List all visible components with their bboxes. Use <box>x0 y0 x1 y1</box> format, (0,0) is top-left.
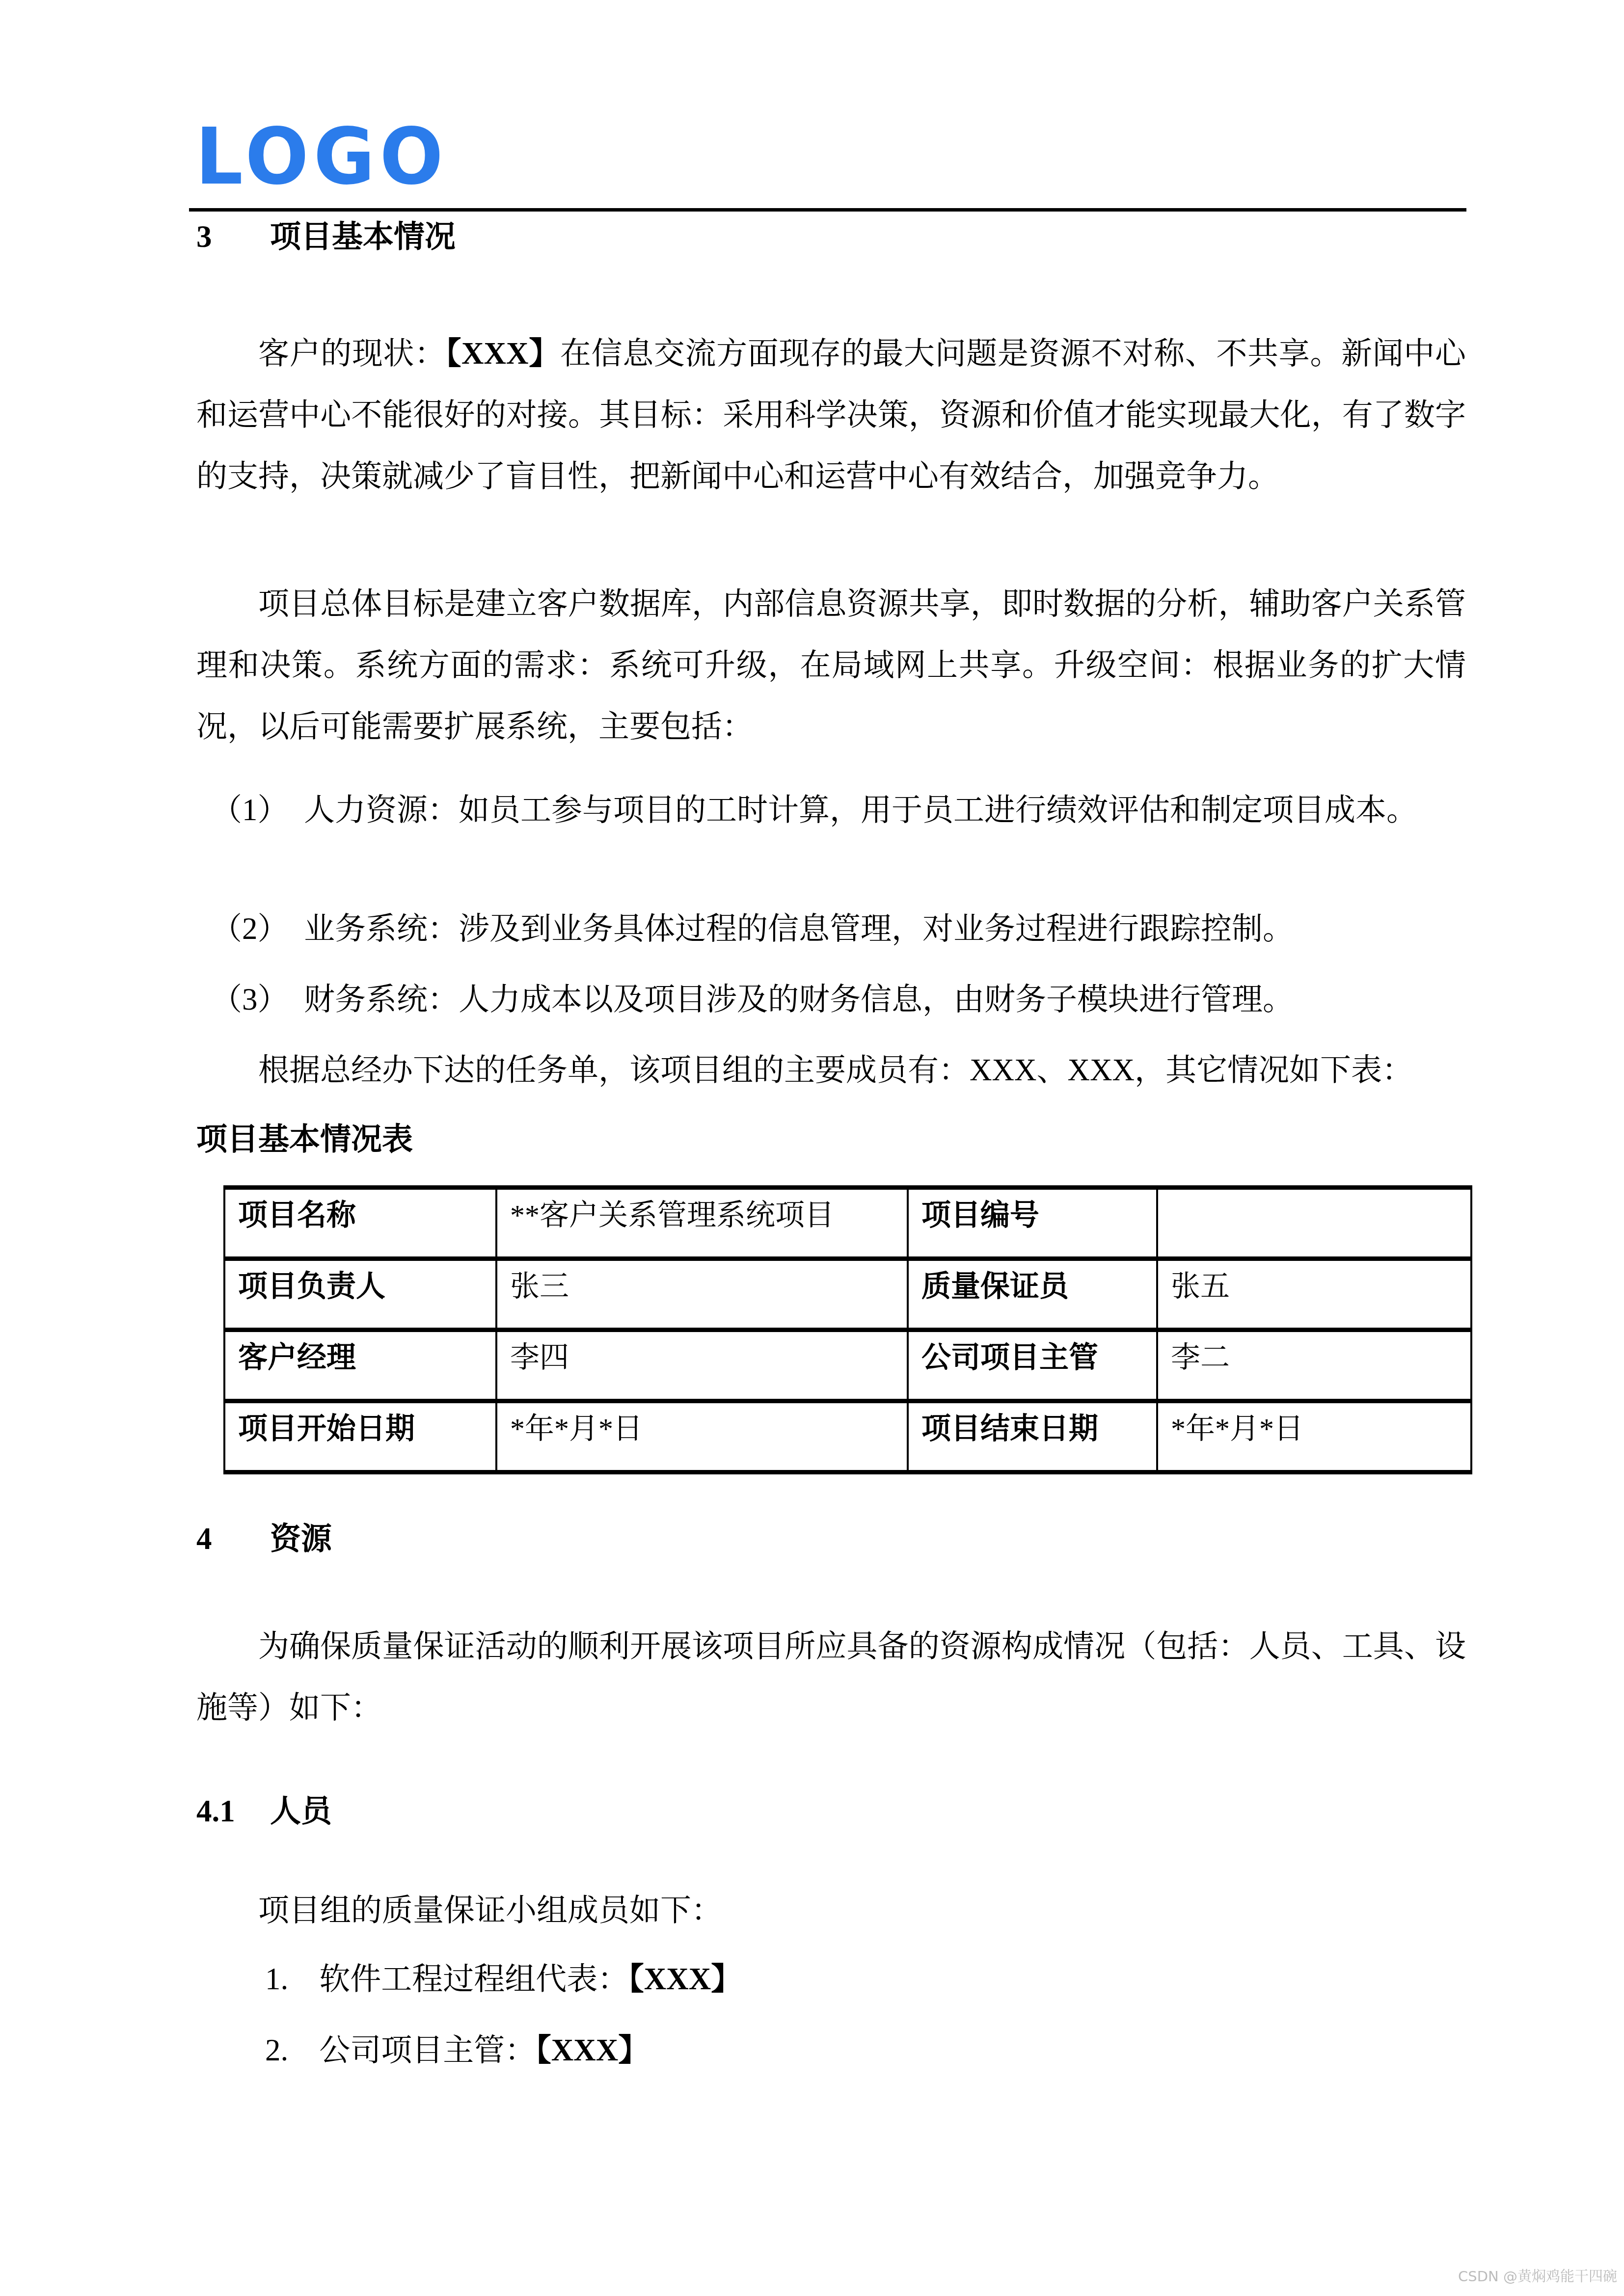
csdn-watermark: CSDN @黄焖鸡能干四碗 <box>1458 2267 1617 2286</box>
table-label: 公司项目主管 <box>908 1330 1157 1401</box>
heading-3-number: 3 <box>196 217 270 256</box>
heading-4-title: 资源 <box>270 1522 332 1556</box>
table-row: 项目名称 **客户关系管理系统项目 项目编号 <box>224 1188 1471 1259</box>
heading-4-1-title: 人员 <box>270 1794 332 1828</box>
table-label: 项目名称 <box>224 1188 496 1259</box>
table-label: 客户经理 <box>224 1330 496 1401</box>
table-cell: **客户关系管理系统项目 <box>496 1188 908 1259</box>
heading-4-number: 4 <box>196 1519 270 1558</box>
table-cell: *年*月*日 <box>496 1401 908 1472</box>
paragraph-resources: 为确保质量保证活动的顺利开展该项目所应具备的资源构成情况（包括：人员、工具、设施… <box>196 1616 1466 1738</box>
project-basic-info-table: 项目名称 **客户关系管理系统项目 项目编号 项目负责人 张三 质量保证员 张五… <box>223 1185 1472 1474</box>
table-cell: *年*月*日 <box>1157 1401 1471 1472</box>
paragraph-qa-group: 项目组的质量保证小组成员如下： <box>196 1880 1466 1941</box>
member-item-supervisor: 2. 公司项目主管：【XXX】 <box>265 2020 1466 2081</box>
list-item-hr: （1） 人力资源：如员工参与项目的工时计算，用于员工进行绩效评估和制定项目成本。 <box>211 779 1466 841</box>
list-item-finance: （3） 财务系统：人力成本以及项目涉及的财务信息，由财务子模块进行管理。 <box>211 969 1466 1030</box>
list-item-business: （2） 业务系统：涉及到业务具体过程的信息管理，对业务过程进行跟踪控制。 <box>211 898 1466 960</box>
table-cell <box>1157 1188 1471 1259</box>
member-2-label: 2. 公司项目主管： <box>265 2033 536 2067</box>
header-divider <box>189 208 1466 212</box>
table-label: 项目开始日期 <box>224 1401 496 1472</box>
table-label: 项目编号 <box>908 1188 1157 1259</box>
table-label: 项目负责人 <box>224 1259 496 1330</box>
heading-section-4: 4资源 <box>196 1519 332 1558</box>
heading-4-1-number: 4.1 <box>196 1791 270 1831</box>
table-row: 项目开始日期 *年*月*日 项目结束日期 *年*月*日 <box>224 1401 1471 1472</box>
heading-3-title: 项目基本情况 <box>270 219 456 254</box>
table-cell: 李二 <box>1157 1330 1471 1401</box>
paragraph-project-goal: 项目总体目标是建立客户数据库，内部信息资源共享，即时数据的分析，辅助客户关系管理… <box>196 573 1466 757</box>
member-2-placeholder: 【XXX】 <box>536 2033 649 2067</box>
table-cell: 李四 <box>496 1330 908 1401</box>
paragraph-1-placeholder: 【XXX】 <box>446 336 560 371</box>
table-row: 客户经理 李四 公司项目主管 李二 <box>224 1330 1471 1401</box>
paragraph-task-members: 根据总经办下达的任务单，该项目组的主要成员有：XXX、XXX，其它情况如下表： <box>196 1040 1466 1101</box>
heading-section-3: 3项目基本情况 <box>196 217 456 256</box>
company-logo: LOGO <box>195 119 448 195</box>
table-row: 项目负责人 张三 质量保证员 张五 <box>224 1259 1471 1330</box>
table-title: 项目基本情况表 <box>196 1109 413 1170</box>
member-1-placeholder: 【XXX】 <box>628 1962 742 1996</box>
paragraph-1-pre: 客户的现状： <box>258 336 446 371</box>
heading-section-4-1: 4.1人员 <box>196 1791 332 1831</box>
member-item-sepg: 1. 软件工程过程组代表：【XXX】 <box>265 1949 1466 2010</box>
document-page: LOGO 3项目基本情况 客户的现状：【XXX】在信息交流方面现存的最大问题是资… <box>0 0 1624 2296</box>
paragraph-customer-status: 客户的现状：【XXX】在信息交流方面现存的最大问题是资源不对称、不共享。新闻中心… <box>196 323 1466 507</box>
table-cell: 张三 <box>496 1259 908 1330</box>
table-cell: 张五 <box>1157 1259 1471 1330</box>
table-label: 项目结束日期 <box>908 1401 1157 1472</box>
member-1-label: 1. 软件工程过程组代表： <box>265 1962 628 1996</box>
table-label: 质量保证员 <box>908 1259 1157 1330</box>
